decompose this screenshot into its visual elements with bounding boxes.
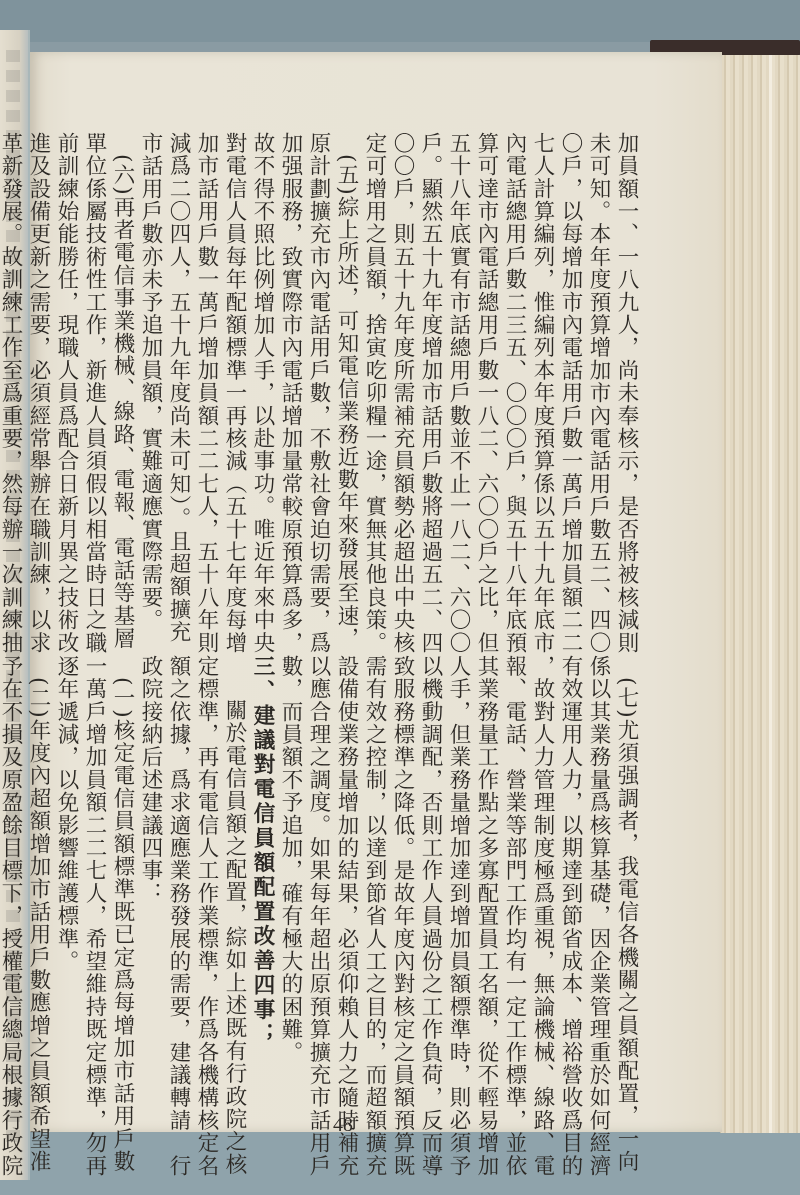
- text-column: 未可知。本年度預算增加市內電話用戶數五二、四〇: [584, 132, 612, 632]
- text-column: 需有效之控制，以達到節省人工之目的，而超額擴充: [360, 655, 388, 1115]
- text-column: 政院接納后述建議四事：: [136, 655, 164, 1115]
- text-column: 內電話總用戶數二三五、〇〇〇戶，與五十八年底預: [500, 132, 528, 632]
- text-column: 原計劃擴充市內電話用戶數，不敷社會迫切需要，爲: [304, 132, 332, 632]
- text-column: 報、電話、營業等部門工作均有一定工作標準，並依: [500, 655, 528, 1115]
- text-column: 戶。顯然五十九年度增加市話用戶數將超過五二、四: [416, 132, 444, 632]
- text-column: 定標準，再有電信人工作業標準，作爲各機構核定名: [192, 655, 220, 1115]
- text-column: 額之依據，爲求適應業務發展的需要，建議轉請 行: [164, 655, 192, 1115]
- text-column: 加員額一、一八九人，尚未奉核示，是否將被核減則: [612, 132, 640, 632]
- text-column: 係以其業務量爲核算基礎，因企業管理重於如何經濟: [584, 655, 612, 1115]
- text-column: 致服務標準之降低。是故年度內對核定之員額預算既: [388, 655, 416, 1115]
- section-intro-start: 關於電信員額之配置，綜如上述既有行政院之核: [220, 655, 248, 1115]
- text-column: 加强服務，致實際市內電話增加量常較原預算爲多，: [276, 132, 304, 632]
- book-page: 加員額一、一八九人，尚未奉核示，是否將被核減則 未可知。本年度預算增加市內電話用…: [30, 52, 722, 1132]
- section-heading: 三、建議對電信員額配置改善四事；: [248, 655, 276, 1115]
- text-column: 加市話用戶數一萬戶增加員額二二七人，五十八年則: [192, 132, 220, 632]
- text-column: 予在不損及原盈餘目標下，授權電信總局根據行政院: [0, 655, 24, 1115]
- text-column: 減爲二〇四人，五十九年度尚未可知）。且超額擴充: [164, 132, 192, 632]
- text-column: 算可達市內電話總用戶數一八二、六〇〇戶之比，但: [472, 132, 500, 632]
- text-column: 逐年遞減，以免影響維護標準。: [52, 655, 80, 1115]
- text-column: 其業務量工作點之多寡配置員工名額，從不輕易增加: [472, 655, 500, 1115]
- text-column: 〇〇戶，則五十九年度所需補充員額勢必超出中央核: [388, 132, 416, 632]
- text-column: 對電信人員每年配額標準一再核減（五十七年度每增: [220, 132, 248, 632]
- text-column: ，故對人力管理制度極爲重視，無論機械、線路、電: [528, 655, 556, 1115]
- text-column: 定可增用之員額，捨寅吃卯糧一途，實無其他良策。: [360, 132, 388, 632]
- text-column: 一萬戶增加員額二二七人，希望維持既定標準，勿再: [80, 655, 108, 1115]
- text-column: 五十八年底實有市話總用戶數並不止一八二、六〇〇: [444, 132, 472, 632]
- text-column: 故不得不照比例增加人手，以赴事功。唯近年來中央: [248, 132, 276, 632]
- paragraph-6-start: (六)再者電信事業機械、線路、電報、電話等基層: [108, 132, 136, 632]
- text-column: 數，而員額不予追加，確有極大的困難。: [276, 655, 304, 1115]
- paragraph-7-start: (七)尤須强調者，我電信各機關之員額配置，一向: [612, 655, 640, 1115]
- text-column: 進及設備更新之需要，必須經常舉辦在職訓練，以求: [24, 132, 52, 632]
- text-column: 以機動調配，否則工作人員過份之工作負荷，反而導: [416, 655, 444, 1115]
- page-stack-edge: [720, 55, 800, 1133]
- paragraph-5-start: (五)綜上所述，可知電信業務近數年來發展至速，: [332, 132, 360, 632]
- text-column: 人手，但業務量增加達到增加員額標準時，則必須予: [444, 655, 472, 1115]
- text-column: 以應合理之調度。如果每年超出原預算擴充市話用戶: [304, 655, 332, 1115]
- recommendation-2-start: (二)年度內超額增加市話用戶數應增之員額希望准: [24, 655, 52, 1115]
- page-stack-highlight: [769, 55, 772, 1133]
- text-column: 設備使業務量增加的結果，必須仰賴人力之隨時補充: [332, 655, 360, 1115]
- text-column: 革新發展。故訓練工作至爲重要，然每辦一次訓練抽: [0, 132, 24, 632]
- text-column: 單位係屬技術性工作，新進人員須假以相當時日之職: [80, 132, 108, 632]
- recommendation-1-start: (一)核定電信員額標準既已定爲每增加市話用戶數: [108, 655, 136, 1115]
- text-column: 七人計算編列，惟編列本年度預算係以五十九年底市: [528, 132, 556, 632]
- page-number: 48: [313, 1114, 373, 1137]
- upper-text-block: 加員額一、一八九人，尚未奉核示，是否將被核減則 未可知。本年度預算增加市內電話用…: [0, 132, 640, 632]
- text-column: 市話用戶數亦未予追加員額，實難適應實際需要。: [136, 132, 164, 632]
- background-top: [0, 0, 800, 42]
- text-column: 有效運用人力，以期達到節省成本、增裕營收爲目的: [556, 655, 584, 1115]
- lower-text-block: (七)尤須强調者，我電信各機關之員額配置，一向 係以其業務量爲核算基礎，因企業管…: [0, 655, 640, 1115]
- text-column: 前訓練始能勝任，現職人員爲配合日新月異之技術改: [52, 132, 80, 632]
- text-column: 〇戶，以每增加市內電話用戶數一萬戶增加員額二二: [556, 132, 584, 632]
